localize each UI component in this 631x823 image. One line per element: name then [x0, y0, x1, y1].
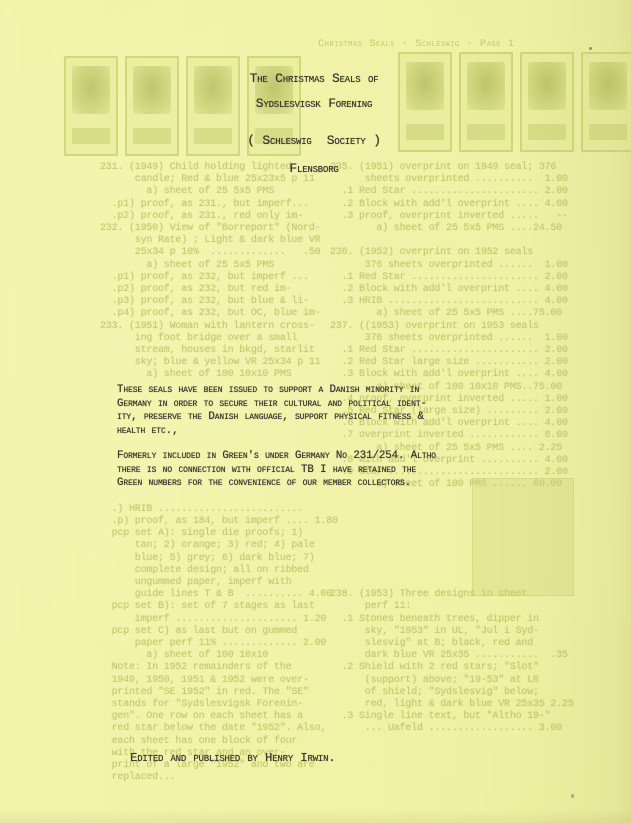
publisher-credit: Edited and published by Henry Irwin. [130, 751, 336, 765]
scanned-page: Christmas Seals - Schleswig - Page 1 231… [0, 0, 631, 823]
paragraph-numbering-note: Formerly included in Green's under Germa… [117, 450, 436, 491]
scan-speck [571, 794, 574, 798]
stamp-ghost [125, 56, 179, 156]
paragraph-purpose: These seals have been issued to support … [117, 384, 427, 438]
stamp-ghost [459, 52, 513, 152]
bleed-page-header: Christmas Seals - Schleswig - Page 1 [318, 38, 515, 50]
stamp-ghost-strip-right [398, 52, 631, 152]
sheet-ghost [472, 478, 574, 596]
page-subtitle-city: Flensborg [226, 161, 402, 176]
scan-speck [589, 47, 592, 50]
stamp-ghost [64, 56, 118, 156]
page-title-line-2: Sydslesvigsk Forening [226, 96, 402, 111]
page-title-line-1: The Christmas Seals of [226, 71, 402, 86]
bleed-right-column: 235. (1951) overprint on 1949 seal; 376 … [330, 162, 574, 736]
stamp-ghost [581, 52, 631, 152]
stamp-ghost [398, 52, 452, 152]
stamp-ghost [520, 52, 574, 152]
page-subtitle-society: ( Schleswig Society ) [226, 133, 402, 148]
